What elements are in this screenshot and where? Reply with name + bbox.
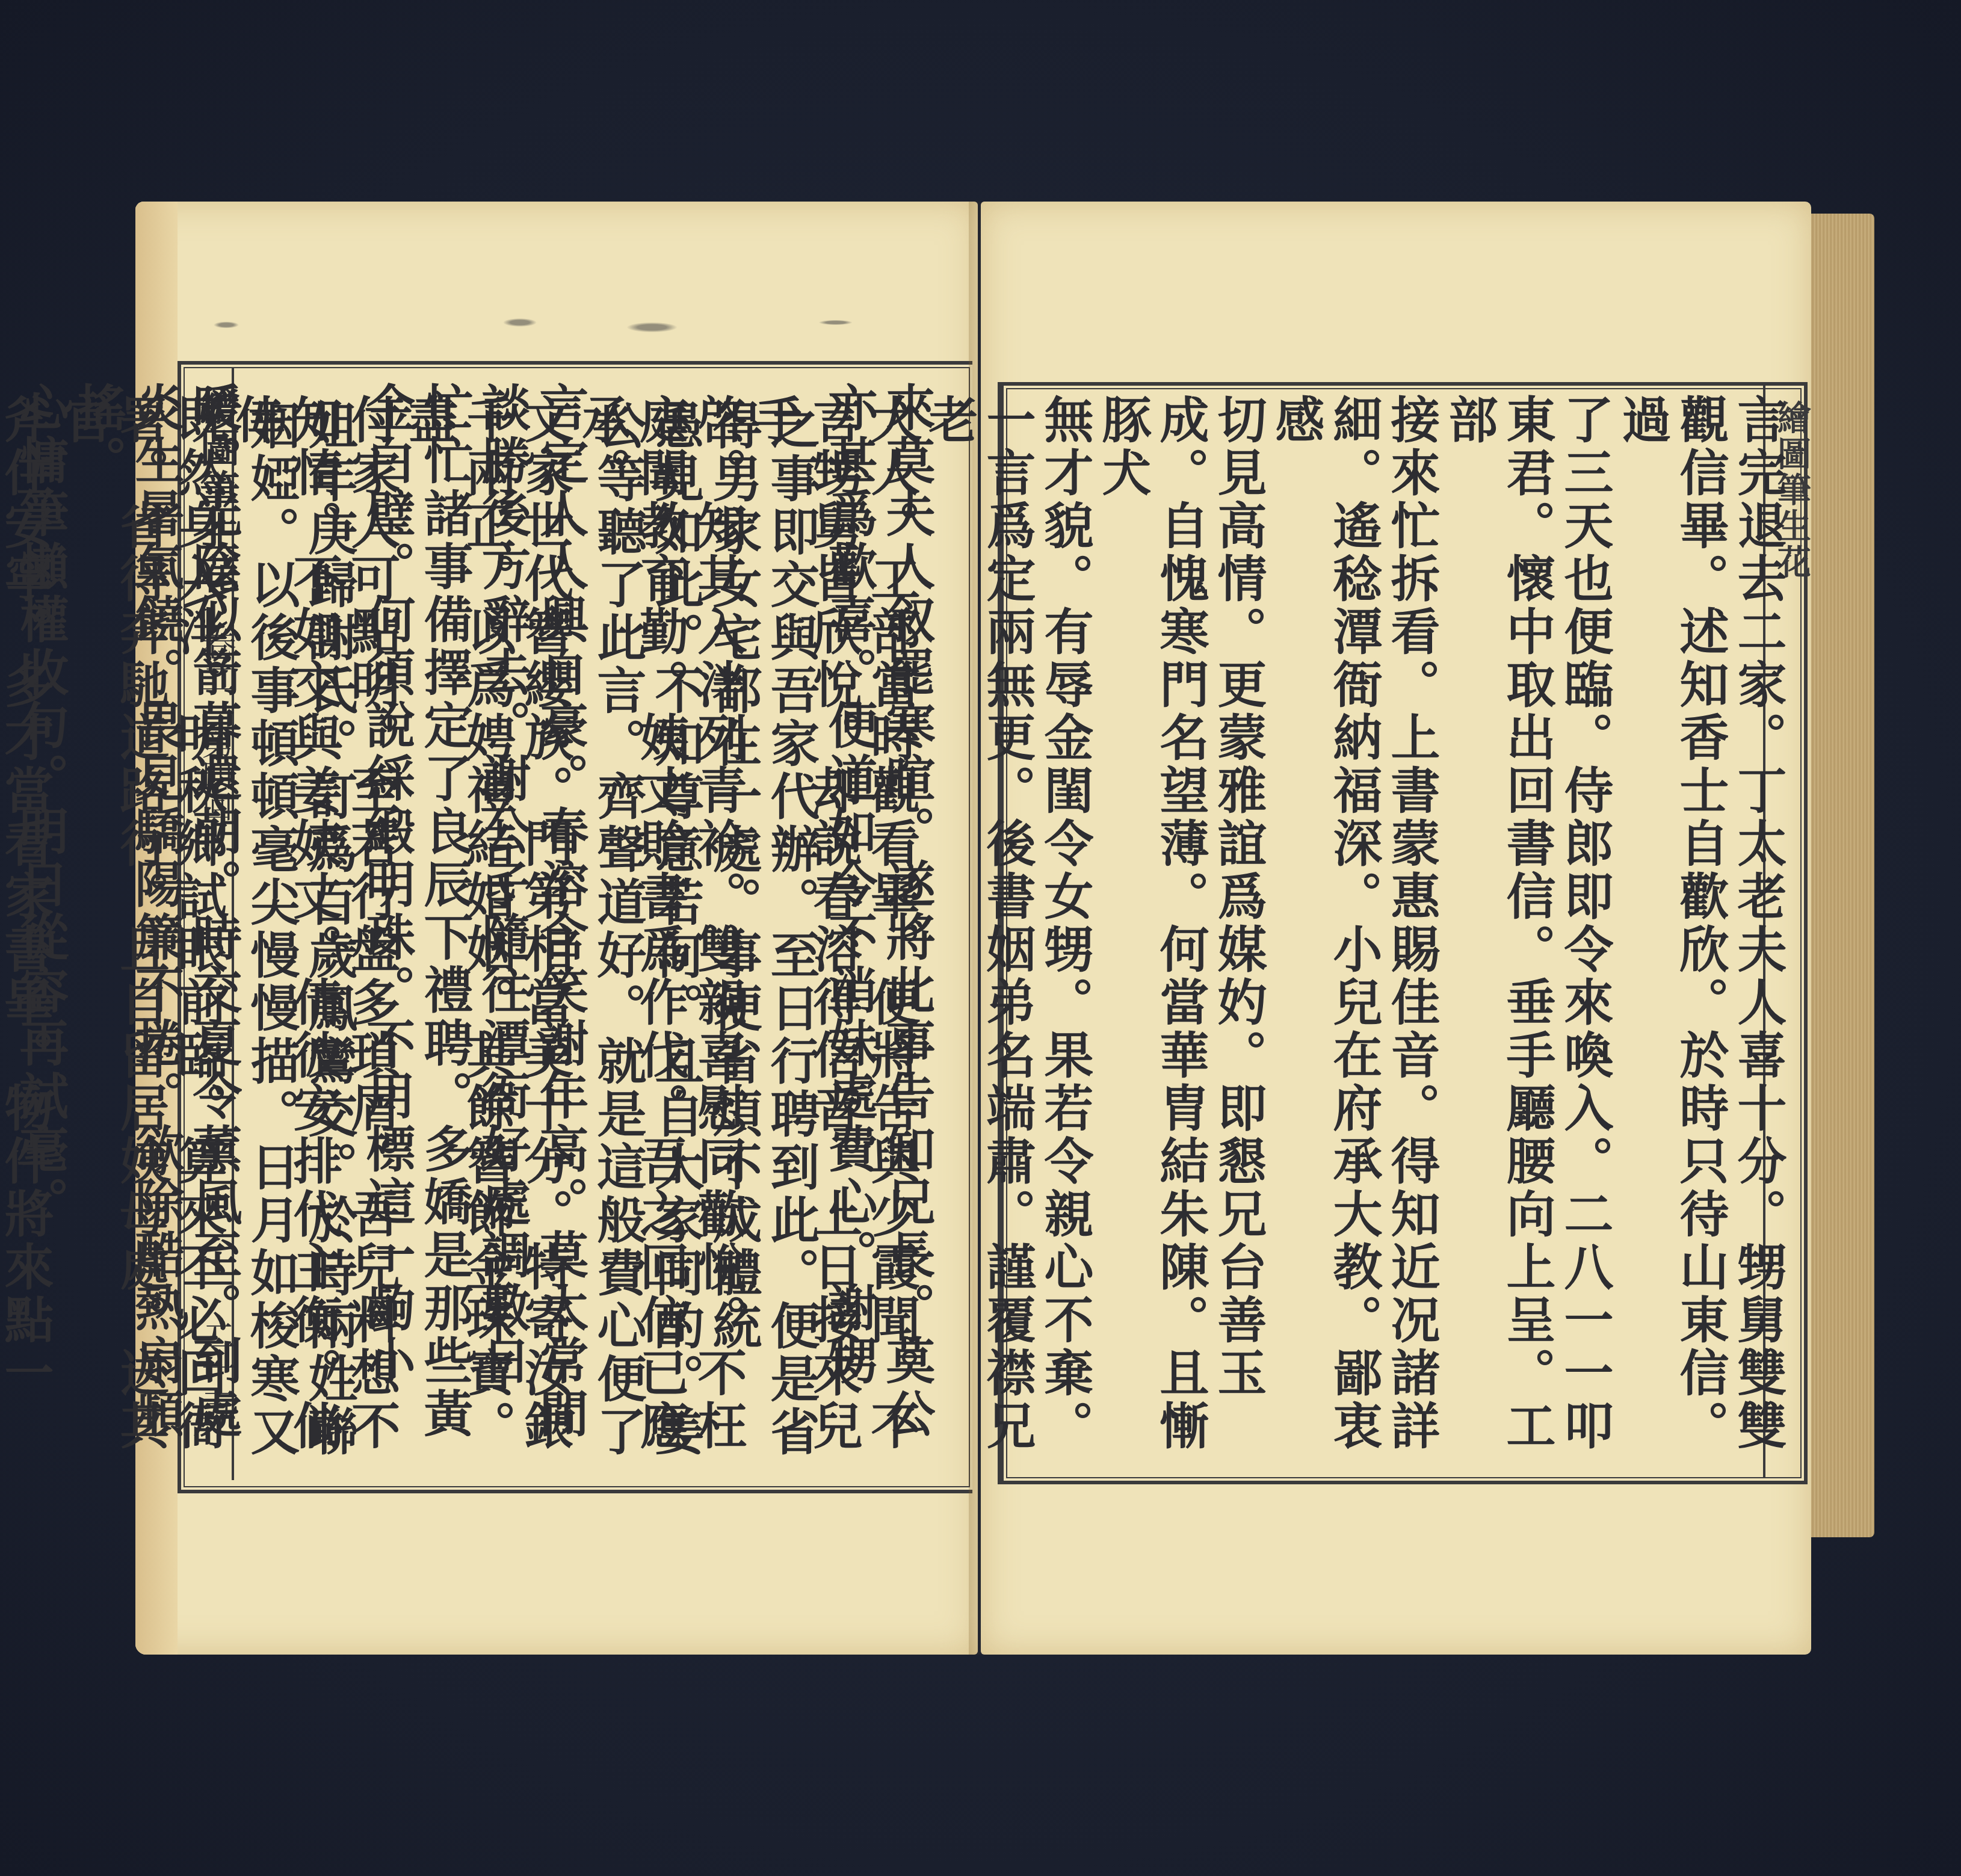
text-column: 無才貌。有辱金閨令女甥。果若令親心不棄。一言爲定兩無更。後書姻弟名端肅。謹覆襟兄… bbox=[921, 394, 1094, 1471]
text-column: 既然身入泮。明秋鄉試眼前臨。算來不必回衙署。省得奔馳道路行。且自留居姨母處。送其… bbox=[54, 394, 227, 1471]
text-column: 了三天也便臨。侍郎即令來喚入。二八一一叩東君。懷中取出回書信。垂手㕔腰向上呈。工… bbox=[1441, 394, 1614, 1471]
text-column: 大人。工部當時觀看畢。便將告與少霞聞。不言甥舅皆欣悅。却說春溶得信音。上日接來兒… bbox=[747, 394, 921, 1471]
text-column: 斧住安寧。多才當看家書畢。物件將來點一巡。心下十分多喜悅。呼僮搬送往中廳。躬身作… bbox=[0, 394, 54, 1471]
text-column: 切見高情。更蒙雅誼爲媒妁。即懇兄台善玉成。自愧寒門名望薄。何當華胄結朱陳。且慚豚… bbox=[1094, 394, 1267, 1471]
ink-smudge-marks bbox=[190, 313, 924, 337]
open-book: 繪圖筆生花 卷二 第四回 二十五 來莫夫人叙罷寒暄。遂將此事告知兄長。莫公亦甚爲… bbox=[135, 202, 1874, 1655]
right-page: 繪圖筆生花 言完退去二家。丁太老夫人喜十分。甥舅雙雙觀信畢。述知香士自歡欣。於時… bbox=[981, 202, 1811, 1655]
page-fore-edge bbox=[1811, 214, 1874, 1537]
text-column: 接來忙拆看。上書蒙惠賜佳音。得知近况諸詳細。遙稔潭衙納福深。小兒在府承大教。鄙衷… bbox=[1267, 394, 1441, 1471]
text-column: 付家人可點明。至若行盤多瑣屑。吾兒料想不知情。不如交與姜姨丈。倩彼安排代主衡。倘… bbox=[227, 394, 401, 1471]
text-column: 文家世代簪纓族。門第相當美十分。特寄汝銀千兩正。以爲娉禮結婚姻。其餘簪飾金珠寶。… bbox=[401, 394, 574, 1471]
right-page-text: 言完退去二家。丁太老夫人喜十分。甥舅雙雙觀信畢。述知香士自歡欣。於時只待山東信。… bbox=[1026, 394, 1787, 1471]
text-column: 言完退去二家。丁太老夫人喜十分。甥舅雙雙觀信畢。述知香士自歡欣。於時只待山東信。… bbox=[1614, 394, 1787, 1471]
text-column: 啓。知其入泮列青衿。雙親喜慰同歡悅。不枉庭闈教育勤。姨丈貽書爲作伐。吾之回信已應… bbox=[574, 394, 747, 1471]
